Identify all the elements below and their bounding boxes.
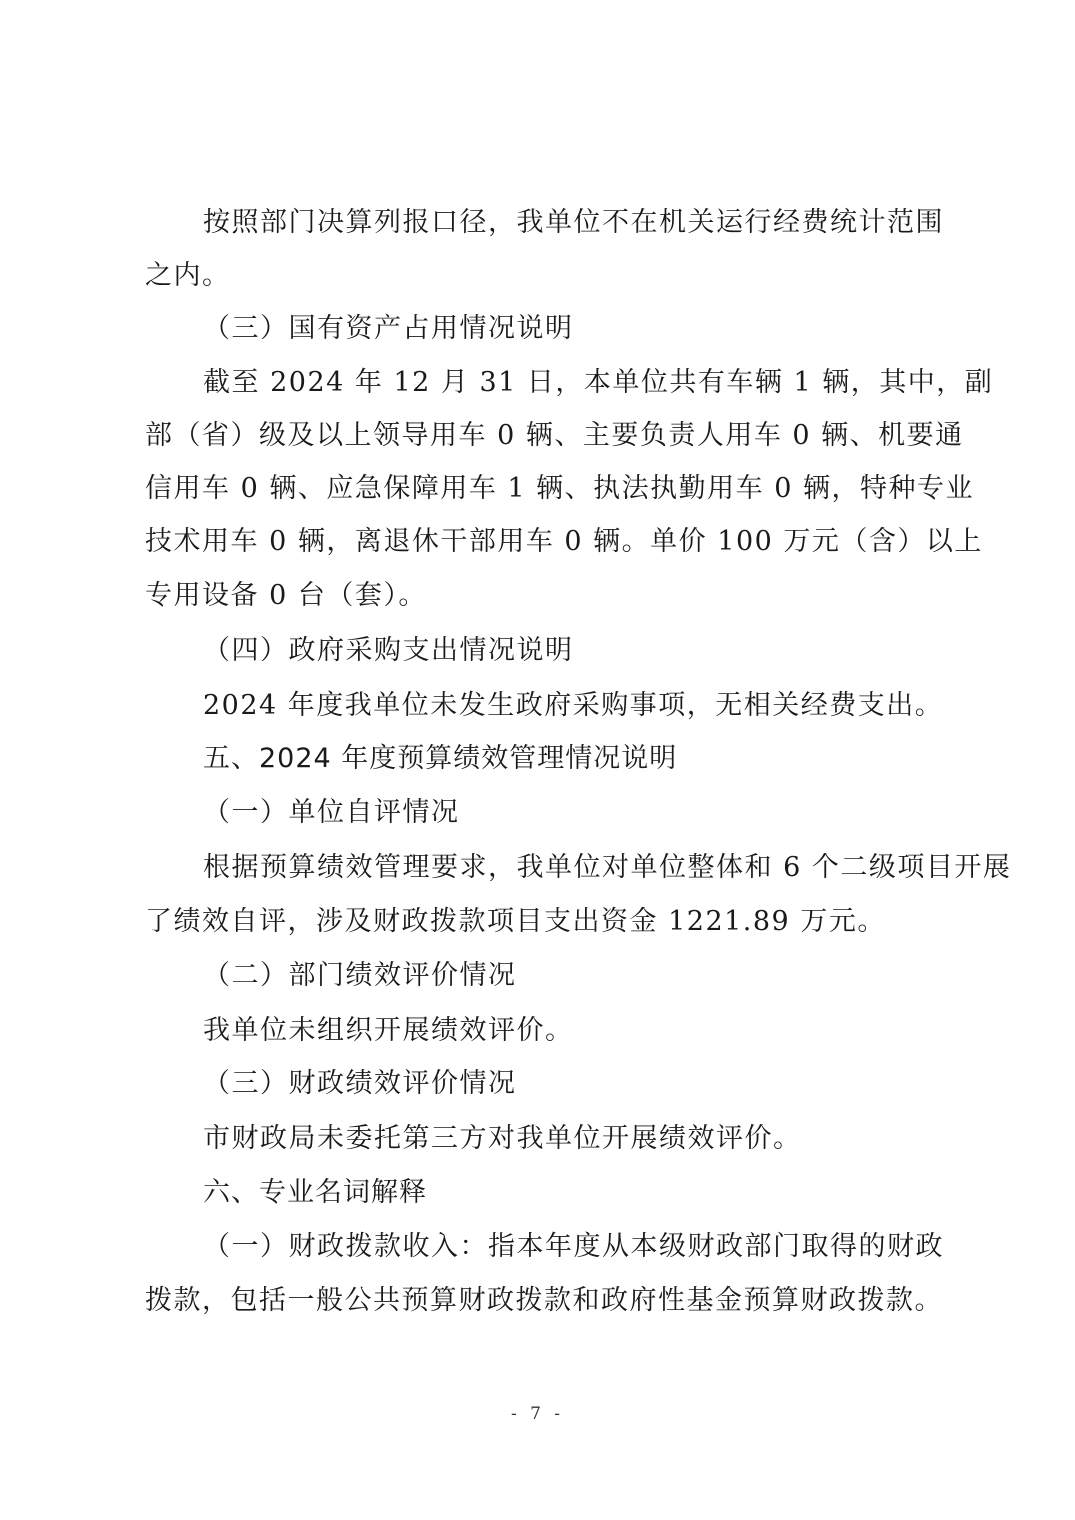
section-procurement-heading: （四）政府采购支出情况说明 xyxy=(203,634,1003,668)
paragraph-assets-line-4: 技术用车 0 辆，离退休干部用车 0 辆。单价 100 万元（含）以上 xyxy=(145,525,941,559)
paragraph-assets-line-3: 信用车 0 辆、应急保障用车 1 辆、执法执勤用车 0 辆，特种专业 xyxy=(145,472,941,506)
chapter-glossary-heading: 六、专业名词解释 xyxy=(203,1176,1003,1210)
paragraph-procurement: 2024 年度我单位未发生政府采购事项，无相关经费支出。 xyxy=(203,689,1003,723)
paragraph-self-eval-line-2: 了绩效自评，涉及财政拨款项目支出资金 1221.89 万元。 xyxy=(145,905,945,939)
paragraph-term-1-line-2: 拨款，包括一般公共预算财政拨款和政府性基金预算财政拨款。 xyxy=(145,1284,941,1318)
paragraph-self-eval-line-1: 根据预算绩效管理要求，我单位对单位整体和 6 个二级项目开展 xyxy=(203,851,941,885)
paragraph-term-1-line-1: （一）财政拨款收入：指本年度从本级财政部门取得的财政 xyxy=(203,1230,941,1264)
page-number: - 7 - xyxy=(0,1404,1075,1424)
paragraph-assets-line-5: 专用设备 0 台（套）。 xyxy=(145,579,945,613)
section-dept-eval-heading: （二）部门绩效评价情况 xyxy=(203,959,1003,993)
paragraph-org-expenses-line-2: 之内。 xyxy=(145,259,945,293)
document-page: 按照部门决算列报口径，我单位不在机关运行经费统计范围 之内。 （三）国有资产占用… xyxy=(0,0,1075,1520)
section-assets-heading: （三）国有资产占用情况说明 xyxy=(203,312,1003,346)
chapter-performance-heading: 五、2024 年度预算绩效管理情况说明 xyxy=(203,742,1003,776)
section-self-eval-heading: （一）单位自评情况 xyxy=(203,796,1003,830)
paragraph-finance-eval: 市财政局未委托第三方对我单位开展绩效评价。 xyxy=(203,1122,1003,1156)
paragraph-assets-line-1: 截至 2024 年 12 月 31 日，本单位共有车辆 1 辆，其中，副 xyxy=(203,366,941,400)
paragraph-org-expenses-line-1: 按照部门决算列报口径，我单位不在机关运行经费统计范围 xyxy=(203,206,941,240)
section-finance-eval-heading: （三）财政绩效评价情况 xyxy=(203,1067,1003,1101)
paragraph-assets-line-2: 部（省）级及以上领导用车 0 辆、主要负责人用车 0 辆、机要通 xyxy=(145,419,941,453)
paragraph-dept-eval: 我单位未组织开展绩效评价。 xyxy=(203,1014,1003,1048)
